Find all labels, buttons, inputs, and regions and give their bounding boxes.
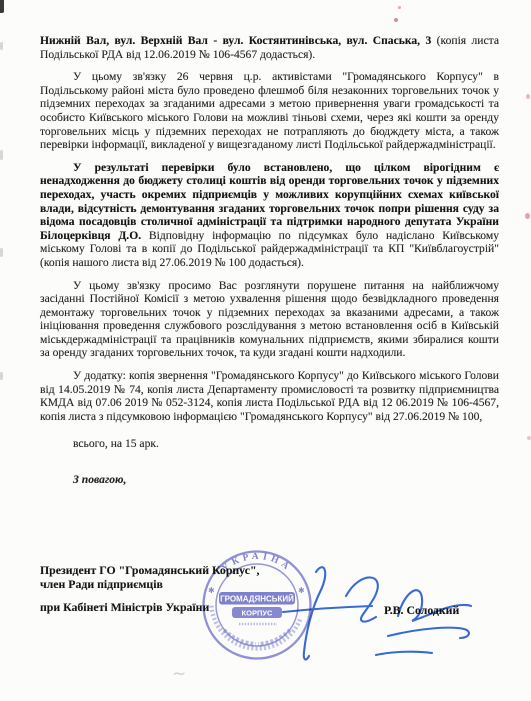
scan-artifact-edge [0, 150, 3, 160]
signature-stroke-crossbar [283, 606, 372, 612]
scan-artifact-pink-dot [525, 213, 530, 219]
scan-artifact-pink-dot [526, 94, 530, 99]
paragraph-attachments: У додатку: копія звернення "Громадянсько… [40, 369, 499, 423]
closing-salutation: З повагою, [40, 473, 499, 487]
signature-stroke-underline-short [376, 652, 432, 655]
scan-artifact-pink-dot [527, 436, 531, 440]
address-bold-text: Нижній Вал, вул. Верхній Вал - вул. Кост… [40, 34, 431, 47]
scan-artifact-corner [0, 0, 4, 13]
signature-stroke-underline [388, 628, 469, 638]
seal-center-line2: КОРПУС [242, 609, 273, 618]
paragraph-request: У цьому зв'язку просимо Вас розглянути п… [40, 279, 499, 361]
paragraph-flashmob: У цьому зв'язку 26 червня ц.р. активіста… [40, 70, 499, 152]
paragraph-address: Нижній Вал, вул. Верхній Вал - вул. Кост… [40, 34, 499, 61]
scan-artifact-edge [0, 372, 3, 380]
letter-page: Нижній Вал, вул. Верхній Вал - вул. Кост… [0, 0, 531, 701]
letter-body: Нижній Вал, вул. Верхній Вал - вул. Кост… [40, 34, 499, 496]
signature-stroke-round-loop [346, 577, 378, 621]
scan-artifact-smudge: ~ [172, 664, 186, 684]
paragraph-findings: У результаті перевірки було встановлено,… [40, 161, 499, 270]
scan-artifact-pink-dot [398, 6, 401, 9]
scan-artifact-edge [0, 42, 3, 50]
signature-stroke-right-loops [398, 590, 471, 621]
handwritten-signature [272, 556, 482, 671]
paragraph-total-sheets: всього, на 15 арк. [40, 437, 499, 451]
signature-stroke-tall-loop [304, 567, 325, 659]
scan-artifact-edge [0, 248, 3, 257]
scan-artifact-pink-dot [394, 18, 398, 22]
seal-star-left: ✱ [208, 586, 215, 595]
